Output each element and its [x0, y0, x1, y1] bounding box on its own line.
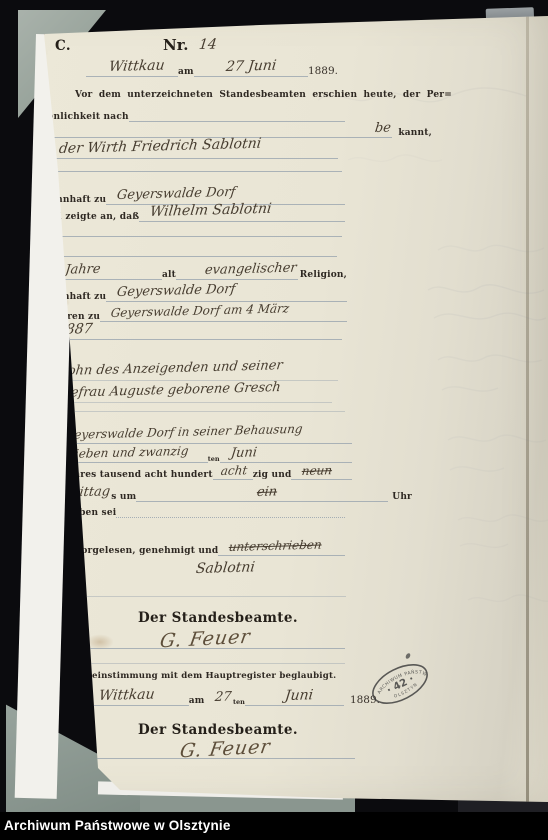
age-religion-line: 2 Jahre alt evangelischer Religion,: [42, 264, 347, 280]
nr-value-handwritten: 14: [198, 36, 218, 53]
birth-line: geboren zu Geyerswalde Dorf am 4 März: [42, 306, 347, 322]
registrar-signature-line-2: G. Feuer: [95, 734, 355, 759]
relation-line-1: Sohn des Anzeigenden und seiner: [48, 362, 338, 381]
registrar-signature-2-handwritten: G. Feuer: [178, 736, 272, 763]
relation1-handwritten: Sohn des Anzeigenden und seiner: [58, 358, 283, 379]
document-page: 15 C. Nr. 14 Wittkau am 27 Juni 1889. Vo…: [0, 0, 548, 812]
death-day-suffix: ten: [208, 455, 220, 463]
cert-am-label: am: [189, 696, 205, 706]
residence2-value-handwritten: Geyerswalde Dorf: [116, 282, 236, 300]
relation2-handwritten: Ehefrau Auguste geborene Gresch: [52, 380, 282, 401]
header-am-label: am: [178, 67, 194, 77]
cert-month-handwritten: Juni: [284, 687, 314, 704]
death-place-line: zu Geyerswalde Dorf in seiner Behausung: [42, 428, 352, 444]
archive-name-label: Archiwum Państwowe w Olsztynie: [0, 818, 231, 833]
header-date-handwritten: 27 Juni: [225, 58, 277, 75]
religion-value-handwritten: evangelischer: [204, 261, 297, 278]
cert-suffix: ten: [233, 698, 245, 706]
archive-scan-viewer: 15 C. Nr. 14 Wittkau am 27 Juni 1889. Vo…: [0, 0, 548, 840]
birth-value-handwritten: Geyerswalde Dorf am 4 März: [110, 301, 290, 320]
birth-year-line: 1887: [42, 324, 342, 340]
age-label: alt: [162, 270, 176, 280]
death-place-handwritten: Geyerswalde Dorf in seiner Behausung: [64, 422, 303, 442]
death-year-mid: zig und: [253, 470, 292, 480]
deceased-line: verstorben sei: [42, 505, 345, 518]
death-time-mid: s um: [111, 492, 136, 502]
death-time-unit: Uhr: [392, 492, 412, 502]
header-date-line: Wittkau am 27 Juni 1889.: [86, 60, 338, 77]
death-year-line: des Jahres tausend acht hundert acht zig…: [42, 466, 352, 480]
recognized-label: kannt,: [398, 128, 432, 138]
death-day-handwritten: sieben und zwanzig: [68, 444, 189, 461]
death-year-hw1: acht: [220, 463, 248, 478]
religion-label: Religion,: [300, 270, 347, 280]
cert-day-handwritten: 27: [214, 690, 232, 705]
declarant-signature-line: Sablotni: [100, 562, 340, 578]
residence-value-handwritten: Geyerswalde Dorf: [116, 185, 236, 203]
cert-place-handwritten: Wittkau: [98, 686, 156, 704]
death-time-value-handwritten: ein: [256, 484, 278, 500]
closing-handwritten: unterschrieben: [228, 538, 322, 554]
closing-line: Vorgelesen, genehmigt und unterschrieben: [75, 541, 345, 556]
death-month-handwritten: Juni: [230, 445, 258, 461]
intro-line-1: Vor dem unterzeichneten Standesbeamten e…: [75, 90, 452, 100]
declarant-name-handwritten: der Wirth Friedrich Sablotni: [58, 136, 262, 157]
registrar-signature-handwritten: G. Feuer: [158, 626, 252, 653]
intro-line-2: sönlichkeit nach: [42, 108, 345, 122]
death-time-line: Vormittag s um ein Uhr: [42, 488, 412, 502]
header-year: 1889.: [308, 65, 338, 77]
registrar-signature-line: G. Feuer: [65, 622, 345, 649]
header-place-handwritten: Wittkau: [108, 57, 166, 75]
death-day-line: am sieben und zwanzig ten Juni: [42, 448, 352, 463]
nr-label: Nr.: [163, 36, 188, 54]
photo-background: 15 C. Nr. 14 Wittkau am 27 Juni 1889. Vo…: [0, 0, 548, 812]
residence2-line: wohnhaft zu Geyerswalde Dorf: [42, 286, 347, 302]
section-letter: C.: [55, 38, 71, 54]
binding-crease: [526, 14, 529, 804]
certification-date-line: Wittkau am 27 ten Juni 1889.: [55, 690, 380, 706]
report-line: und zeigte an, daß Wilhelm Sablotni: [42, 206, 345, 222]
certification-text: Die Uebereinstimmung mit dem Hauptregist…: [42, 672, 336, 682]
declarant-line: der Wirth Friedrich Sablotni: [48, 140, 338, 159]
declarant-signature-handwritten: Sablotni: [195, 559, 256, 577]
recognized-handwritten: be: [374, 121, 392, 136]
deceased-name-handwritten: Wilhelm Sablotni: [149, 201, 272, 220]
archive-stamp: ARCHIWUM PAŃSTWOWE OLSZTYN · 42 ·: [362, 650, 439, 718]
death-year-hw2: neun: [301, 463, 333, 478]
relation-line-2: Ehefrau Auguste geborene Gresch: [42, 384, 332, 403]
archive-caption-bar: Archiwum Państwowe w Olsztynie: [0, 812, 548, 840]
